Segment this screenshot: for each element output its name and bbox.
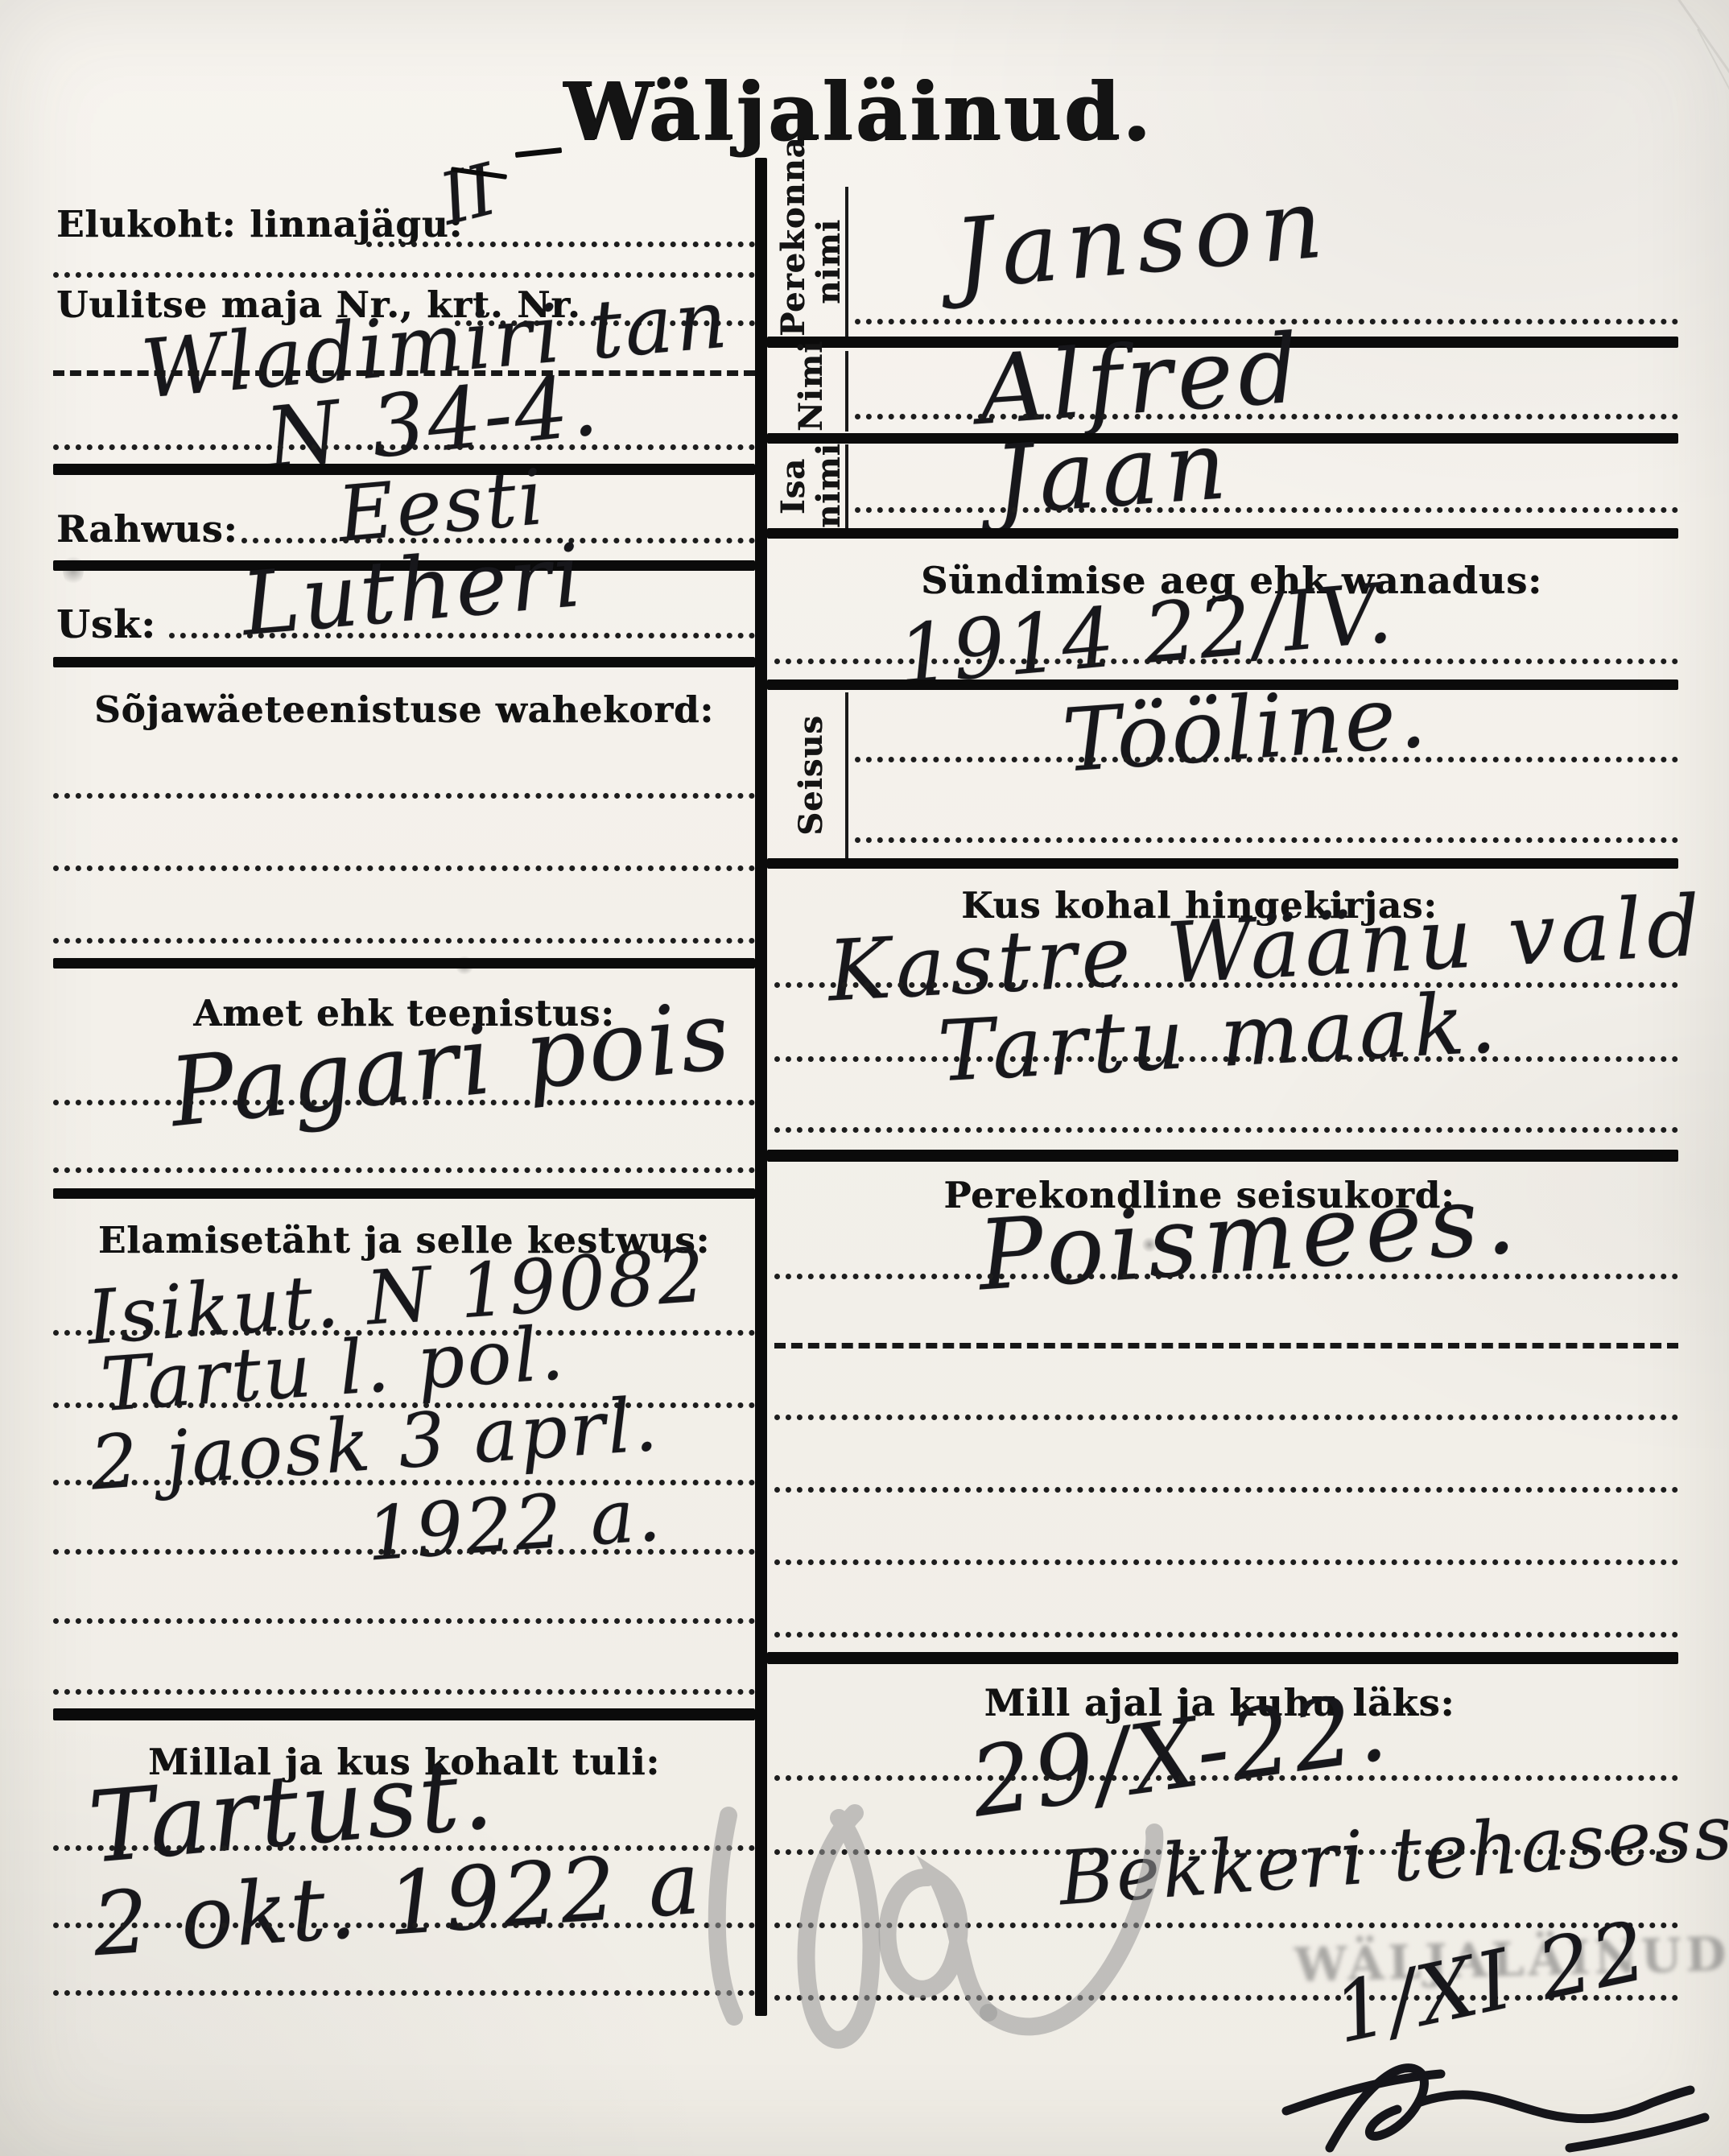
- section-rule: [767, 1150, 1678, 1162]
- field-value-elamis-4: 1922 a.: [364, 1477, 665, 1572]
- field-value-surname: Janson: [951, 176, 1335, 304]
- scanned-registration-card: Wäljaläinud. Elukoht: linnajägu: II Uuli…: [0, 0, 1729, 2156]
- field-value-hinge-2: Tartu maak.: [936, 981, 1503, 1093]
- dotted-line: [53, 938, 755, 944]
- rotated-label-seisus: Seisus: [774, 692, 848, 858]
- dotted-line: [774, 1775, 1678, 1781]
- section-label-sojawae: Sõjawäeteenistuse wahekord:: [53, 688, 755, 731]
- rotated-label-perekonna-nimi: Perekonna nimi: [774, 187, 848, 337]
- dotted-line: [53, 272, 755, 278]
- dotted-line: [53, 1549, 755, 1555]
- dotted-line: [53, 1689, 755, 1695]
- dotted-line: [774, 659, 1678, 664]
- field-label-rahwus: Rahwus:: [56, 507, 237, 551]
- paper-crease-mark: [1632, 0, 1729, 133]
- dotted-line: [855, 414, 1678, 419]
- page-title: Wäljaläinud.: [563, 66, 1153, 159]
- dotted-line: [169, 633, 755, 638]
- dotted-line: [53, 1100, 755, 1105]
- signature-mark: [1286, 2068, 1705, 2148]
- dotted-line: [855, 757, 1678, 762]
- dotted-line: [774, 1849, 1678, 1855]
- label-gutter-line: [845, 444, 848, 528]
- dotted-line: [53, 1923, 755, 1928]
- label-gutter-line: [845, 187, 848, 337]
- section-rule: [53, 657, 755, 667]
- rotated-label-isa-nimi: Isa nimi: [774, 444, 848, 528]
- dotted-line: [855, 507, 1678, 513]
- dotted-line: [774, 1487, 1678, 1493]
- dotted-line: [774, 1415, 1678, 1420]
- dotted-line: [53, 1618, 755, 1624]
- label-gutter-line: [845, 351, 848, 432]
- dotted-line: [774, 1056, 1678, 1062]
- dotted-line: [774, 1559, 1678, 1565]
- field-value-mill-note: 1/XI 22: [1327, 1910, 1656, 2056]
- rotated-label-nimi: Nimi: [774, 351, 848, 432]
- section-rule: [767, 858, 1678, 869]
- dotted-line: [855, 837, 1678, 843]
- dotted-line: [774, 1274, 1678, 1279]
- section-rule: [767, 1652, 1678, 1664]
- field-label-usk: Usk:: [56, 602, 156, 647]
- dotted-line: [53, 444, 755, 450]
- field-value-seisus: Tööline.: [1060, 673, 1431, 785]
- section-rule: [53, 1188, 755, 1199]
- dotted-line: [53, 793, 755, 799]
- column-divider: [755, 158, 767, 2016]
- paper-crease-mark: [1697, 29, 1729, 215]
- dotted-line: [53, 865, 755, 871]
- dotted-line: [774, 1127, 1678, 1133]
- section-rule: [53, 1708, 755, 1720]
- field-value-usk: Lutheri: [238, 533, 587, 650]
- dotted-line: [774, 1632, 1678, 1638]
- dotted-line: [366, 242, 755, 247]
- label-gutter-line: [845, 692, 848, 858]
- dashed-line: [774, 1343, 1678, 1349]
- field-label-elukoht: Elukoht: linnajägu:: [56, 203, 463, 246]
- section-rule: [53, 958, 755, 969]
- title-dash-mark: [515, 147, 562, 158]
- dotted-line: [53, 1167, 755, 1173]
- dotted-line: [53, 1990, 755, 1996]
- section-rule: [767, 528, 1678, 539]
